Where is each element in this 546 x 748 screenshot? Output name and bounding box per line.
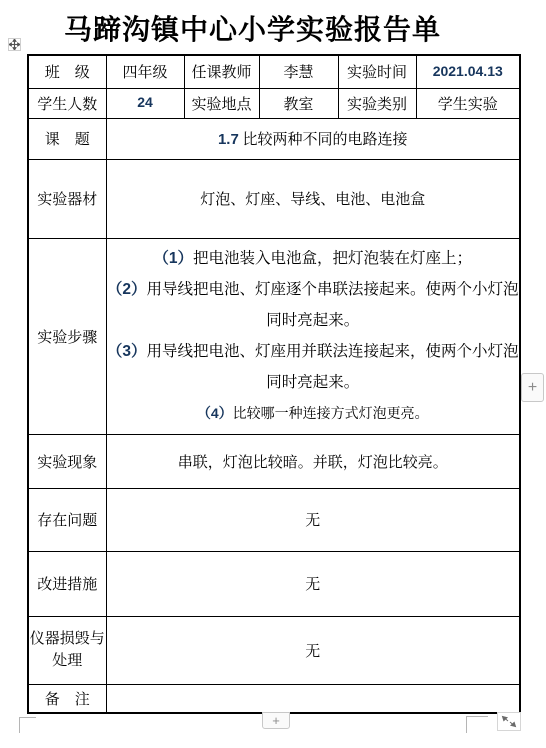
improvements-label-cell[interactable]: 改进措施 [28, 551, 106, 616]
student-count-label-cell[interactable]: 学生人数 [28, 88, 106, 118]
topic-value-cell[interactable]: 1.7 比较两种不同的电路连接 [106, 118, 520, 159]
add-row-button-bottom[interactable]: + [262, 712, 290, 729]
class-label-cell[interactable]: 班 级 [28, 55, 106, 88]
resize-arrows-icon [500, 715, 518, 728]
teacher-name-cell[interactable]: 李慧 [259, 55, 338, 88]
improvements-value-cell[interactable]: 无 [106, 551, 520, 616]
topic-number: 1.7 [218, 131, 239, 148]
page-title[interactable]: 马蹄沟镇中心小学实验报告单 [0, 8, 505, 48]
steps-value-cell[interactable]: （1）把电池装入电池盒，把灯泡装在灯座上； （2）用导线把电池、灯座逐个串联法接… [106, 238, 520, 434]
phenomenon-value-cell[interactable]: 串联，灯泡比较暗。并联，灯泡比较亮。 [106, 434, 520, 488]
location-value-cell[interactable]: 教室 [259, 88, 338, 118]
step-item: （4）比较哪一种连接方式灯泡更亮。 [107, 398, 520, 430]
damage-label-cell[interactable]: 仪器损毁与处理 [28, 616, 106, 684]
document-page: { "page": { "title": "马蹄沟镇中心小学实验报告单" }, … [0, 0, 546, 748]
equipment-value-cell[interactable]: 灯泡、灯座、导线、电池、电池盒 [106, 159, 520, 238]
equipment-label-cell[interactable]: 实验器材 [28, 159, 106, 238]
location-label-cell[interactable]: 实验地点 [184, 88, 259, 118]
problems-label-cell[interactable]: 存在问题 [28, 488, 106, 551]
class-value-cell[interactable]: 四年级 [106, 55, 184, 88]
move-arrows-icon [9, 39, 20, 50]
remarks-label-cell[interactable]: 备 注 [28, 684, 106, 713]
problems-value-cell[interactable]: 无 [106, 488, 520, 551]
steps-label-cell[interactable]: 实验步骤 [28, 238, 106, 434]
teacher-label-cell[interactable]: 任课教师 [184, 55, 259, 88]
student-count-value: 24 [137, 94, 153, 110]
remarks-value-cell[interactable] [106, 684, 520, 713]
page-corner-mark-right [466, 716, 488, 733]
student-count-cell[interactable]: 24 [106, 88, 184, 118]
exp-time-label-cell[interactable]: 实验时间 [338, 55, 416, 88]
topic-label-cell[interactable]: 课 题 [28, 118, 106, 159]
phenomenon-label-cell[interactable]: 实验现象 [28, 434, 106, 488]
plus-icon: + [528, 379, 537, 397]
page-corner-mark-left [19, 717, 36, 733]
add-row-button-right[interactable]: + [521, 373, 544, 402]
table-move-handle[interactable] [8, 38, 21, 51]
step-item: （2）用导线把电池、灯座逐个串联法接起来。使两个小灯泡同时亮起来。 [107, 274, 520, 336]
step-item: （1）把电池装入电池盒，把灯泡装在灯座上； [107, 243, 520, 274]
step-item: （3）用导线把电池、灯座用并联法连接起来，使两个小灯泡同时亮起来。 [107, 336, 520, 398]
exp-date-value: 2021.04.13 [433, 63, 503, 79]
experiment-report-table: 班 级 四年级 任课教师 李慧 实验时间 2021.04.13 学生人数 24 … [27, 54, 521, 714]
exp-date-cell[interactable]: 2021.04.13 [416, 55, 520, 88]
category-label-cell[interactable]: 实验类别 [338, 88, 416, 118]
plus-icon: + [272, 713, 280, 728]
topic-text: 比较两种不同的电路连接 [243, 132, 408, 148]
category-value-cell[interactable]: 学生实验 [416, 88, 520, 118]
table-resize-handle[interactable] [497, 712, 521, 731]
damage-value-cell[interactable]: 无 [106, 616, 520, 684]
